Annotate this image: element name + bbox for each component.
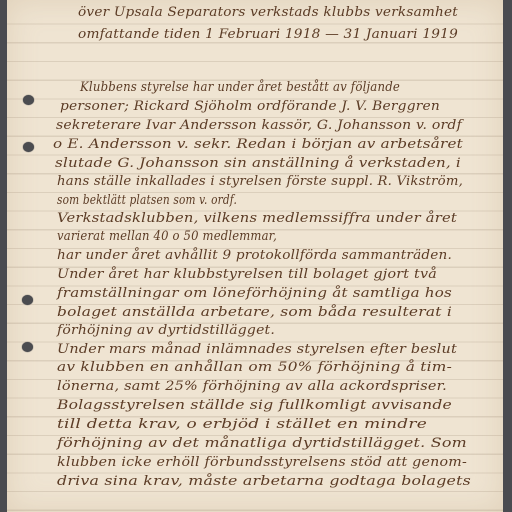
- body-line: sekreterare Ivar Andersson kassör, G. Jo…: [56, 118, 462, 133]
- body-line: driva sina krav, måste arbetarna godtaga…: [57, 474, 471, 489]
- body-line: lönerna, samt 25% förhöjning av alla ack…: [57, 379, 447, 394]
- punch-hole: [22, 342, 33, 352]
- body-line: bolaget anställda arbetare, som båda res…: [57, 305, 452, 320]
- document-page: över Upsala Separators verkstads klubbs …: [7, 0, 503, 512]
- body-line: framställningar om löneförhöjning åt sam…: [57, 286, 452, 301]
- body-line: har under året avhållit 9 protokollförda…: [57, 248, 452, 263]
- body-line: förhöjning av dyrtidstillägget.: [57, 323, 275, 338]
- header-line: omfattande tiden 1 Februari 1918 — 31 Ja…: [78, 27, 458, 42]
- body-line: av klubben en anhållan om 50% förhöjning…: [57, 360, 452, 375]
- body-line: Bolagsstyrelsen ställde sig fullkomligt …: [57, 398, 452, 413]
- body-line: Under mars månad inlämnades styrelsen ef…: [57, 342, 457, 357]
- body-line: klubben icke erhöll förbundsstyrelsens s…: [57, 455, 467, 470]
- body-line: Under året har klubbstyrelsen till bolag…: [57, 267, 437, 282]
- header-line: över Upsala Separators verkstads klubbs …: [78, 5, 458, 20]
- body-line: slutade G. Johansson sin anställning å v…: [55, 156, 461, 171]
- punch-hole: [23, 142, 34, 152]
- body-line: förhöjning av det månatliga dyrtidstillä…: [57, 436, 467, 451]
- punch-hole: [22, 295, 33, 305]
- punch-hole: [23, 95, 34, 105]
- body-line: personer; Rickard Sjöholm ordförande J. …: [60, 99, 440, 114]
- body-line: varierat mellan 40 o 50 medlemmar,: [57, 229, 277, 244]
- body-line: till detta krav, o erbjöd i stället en m…: [57, 417, 427, 432]
- body-line: hans ställe inkallades i styrelsen först…: [57, 174, 463, 189]
- body-line: som bektlätt platsen som v. ordf.: [57, 193, 237, 208]
- body-line: o E. Andersson v. sekr. Redan i början a…: [53, 137, 463, 152]
- body-line: Verkstadsklubben, vilkens medlemssiffra …: [57, 211, 457, 226]
- body-line: Klubbens styrelse har under året bestått…: [80, 80, 400, 95]
